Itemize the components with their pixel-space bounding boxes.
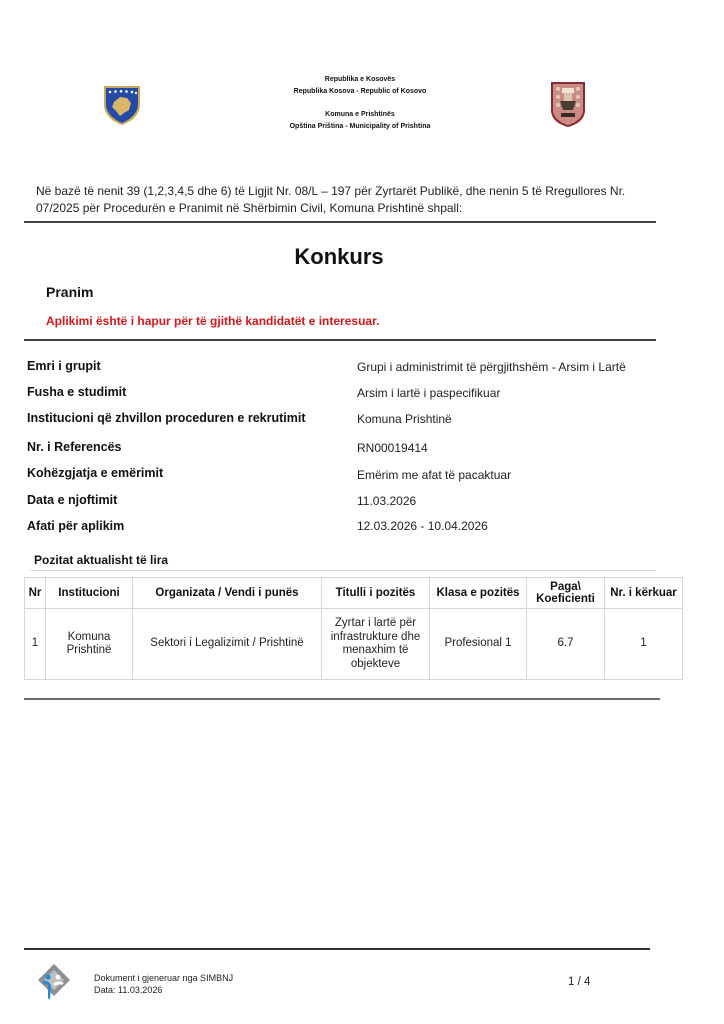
cell-organization: Sektori i Legalizimit / Prishtinë	[133, 609, 322, 680]
country-name: Republika e Kosovës	[200, 74, 520, 86]
cell-salary-coefficient: 6.7	[527, 609, 605, 680]
info-label-field-of-study: Fusha e studimit	[27, 385, 126, 399]
column-header-required-count: Nr. i kërkuar	[605, 578, 683, 609]
municipality-name-translations: Opština Priština - Municipality of Prish…	[200, 121, 520, 133]
info-value-group-name: Grupi i administrimit të përgjithshëm - …	[357, 360, 626, 374]
cell-position-title: Zyrtar i lartë për infrastrukture dhe me…	[322, 609, 430, 680]
info-value-reference-number: RN00019414	[357, 441, 428, 455]
info-label-reference-number: Nr. i Referencës	[27, 440, 122, 454]
info-value-appointment-duration: Emërim me afat të pacaktuar	[357, 468, 511, 482]
page-title: Konkurs	[0, 244, 678, 270]
info-label-group-name: Emri i grupit	[27, 359, 101, 373]
info-label-application-deadline: Afati për aplikim	[27, 519, 124, 533]
table-row: 1 Komuna Prishtinë Sektori i Legalizimit…	[25, 609, 683, 680]
municipality-name: Komuna e Prishtinës	[200, 109, 520, 121]
column-header-salary-coefficient: Paga\ Koeficienti	[527, 578, 605, 609]
info-value-application-deadline: 12.03.2026 - 10.04.2026	[357, 519, 488, 533]
prishtina-coat-of-arms-icon	[549, 80, 587, 128]
legal-basis-intro: Në bazë të nenit 39 (1,2,3,4,5 dhe 6) të…	[36, 183, 666, 217]
cell-required-count: 1	[605, 609, 683, 680]
column-header-institution: Institucioni	[46, 578, 133, 609]
cell-institution: Komuna Prishtinë	[46, 609, 133, 680]
generated-by-text: Dokument i gjeneruar nga SIMBNJ	[94, 972, 233, 984]
info-value-notice-date: 11.03.2026	[357, 494, 416, 508]
kosovo-coat-of-arms-icon	[100, 82, 144, 126]
announcement-type: Pranim	[46, 284, 93, 300]
column-header-position-class: Klasa e pozitës	[430, 578, 527, 609]
cell-nr: 1	[25, 609, 46, 680]
positions-heading: Pozitat aktualisht të lira	[34, 553, 168, 567]
footer-divider	[24, 948, 650, 950]
divider	[24, 698, 660, 700]
page-number: 1 / 4	[568, 976, 590, 988]
divider	[24, 339, 656, 341]
info-value-institution: Komuna Prishtinë	[357, 412, 452, 426]
divider	[24, 221, 656, 223]
positions-table: Nr Institucioni Organizata / Vendi i pun…	[24, 577, 683, 680]
cell-position-class: Profesional 1	[430, 609, 527, 680]
simbnj-logo-icon	[36, 962, 72, 1004]
country-name-translations: Republika Kosova - Republic of Kosovo	[200, 86, 520, 98]
section-divider	[30, 570, 656, 571]
eligibility-notice: Aplikimi është i hapur për të gjithë kan…	[46, 314, 379, 328]
table-header-row: Nr Institucioni Organizata / Vendi i pun…	[25, 578, 683, 609]
column-header-position-title: Titulli i pozitës	[322, 578, 430, 609]
info-value-field-of-study: Arsim i lartë i paspecifikuar	[357, 386, 500, 400]
column-header-organization: Organizata / Vendi i punës	[133, 578, 322, 609]
issuer-header: Republika e Kosovës Republika Kosova - R…	[200, 74, 520, 132]
info-label-appointment-duration: Kohëzgjatja e emërimit	[27, 466, 163, 480]
column-header-nr: Nr	[25, 578, 46, 609]
info-label-institution: Institucioni që zhvillon proceduren e re…	[27, 411, 306, 425]
footer-info: Dokument i gjeneruar nga SIMBNJ Data: 11…	[94, 972, 233, 996]
info-label-notice-date: Data e njoftimit	[27, 493, 117, 507]
generated-date: Data: 11.03.2026	[94, 984, 233, 996]
